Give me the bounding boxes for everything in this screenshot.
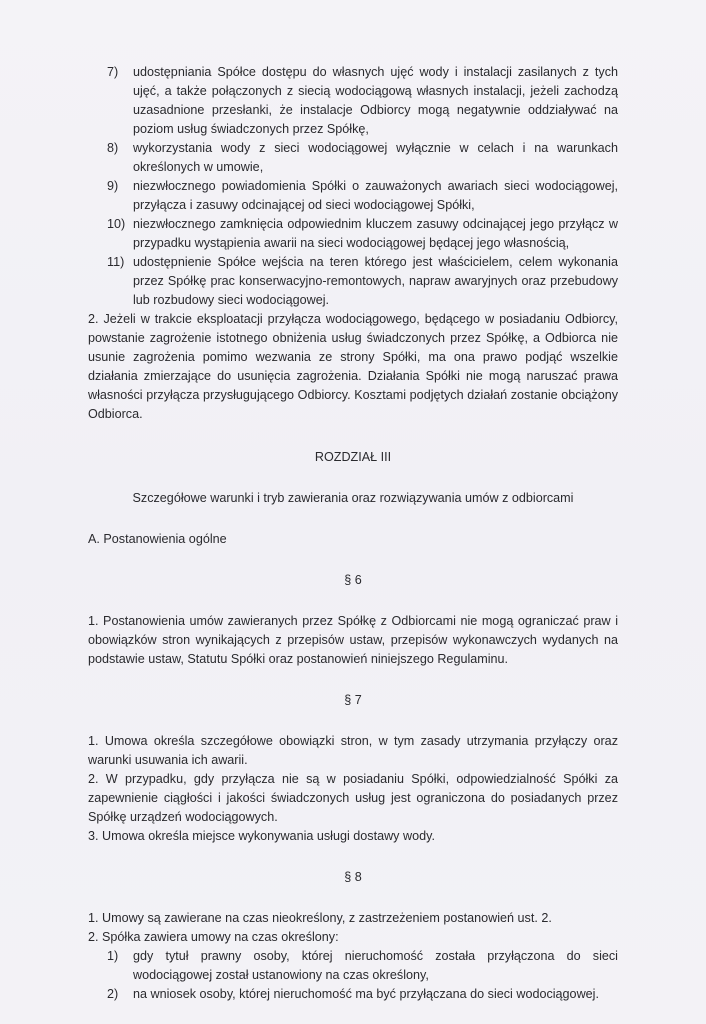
- chapter-title: ROZDZIAŁ III: [88, 448, 618, 467]
- section-sign-8: § 8: [88, 868, 618, 887]
- list-item-text: na wniosek osoby, której nieruchomość ma…: [133, 987, 599, 1001]
- section-6-paragraph-1: 1. Postanowienia umów zawieranych przez …: [88, 612, 618, 669]
- list-item: 7)udostępniania Spółce dostępu do własny…: [88, 63, 618, 139]
- list-item-number: 7): [107, 63, 118, 82]
- list-item-text: udostępniania Spółce dostępu do własnych…: [133, 65, 618, 136]
- paragraph-2: 2. Jeżeli w trakcie eksploatacji przyłąc…: [88, 310, 618, 424]
- list-item-text: udostępnienie Spółce wejścia na teren kt…: [133, 255, 618, 307]
- scanned-document-page: 7)udostępniania Spółce dostępu do własny…: [0, 0, 706, 1024]
- list-item: 11)udostępnienie Spółce wejścia na teren…: [88, 253, 618, 310]
- list-item-number: 1): [107, 947, 118, 966]
- list-item-text: niezwłocznego powiadomienia Spółki o zau…: [133, 179, 618, 212]
- obligations-list: 7)udostępniania Spółce dostępu do własny…: [88, 63, 618, 310]
- list-item: 10)niezwłocznego zamknięcia odpowiednim …: [88, 215, 618, 253]
- section-7-paragraph-1: 1. Umowa określa szczegółowe obowiązki s…: [88, 732, 618, 770]
- document-body: 7)udostępniania Spółce dostępu do własny…: [88, 63, 618, 1004]
- list-item-text: gdy tytuł prawny osoby, której nieruchom…: [133, 949, 618, 982]
- list-item-text: wykorzystania wody z sieci wodociągowej …: [133, 141, 618, 174]
- section-7-paragraph-2: 2. W przypadku, gdy przyłącza nie są w p…: [88, 770, 618, 827]
- list-item-number: 9): [107, 177, 118, 196]
- section-sign-7: § 7: [88, 691, 618, 710]
- section-a-heading: A. Postanowienia ogólne: [88, 530, 618, 549]
- section-8-sub-list: 1)gdy tytuł prawny osoby, której nieruch…: [88, 947, 618, 1004]
- list-item-number: 8): [107, 139, 118, 158]
- list-item-number: 2): [107, 985, 118, 1004]
- list-item-number: 11): [107, 253, 124, 272]
- list-item-text: niezwłocznego zamknięcia odpowiednim klu…: [133, 217, 618, 250]
- list-item-number: 10): [107, 215, 125, 234]
- chapter-subtitle: Szczegółowe warunki i tryb zawierania or…: [88, 489, 618, 508]
- section-sign-6: § 6: [88, 571, 618, 590]
- list-item: 9)niezwłocznego powiadomienia Spółki o z…: [88, 177, 618, 215]
- list-item: 1)gdy tytuł prawny osoby, której nieruch…: [88, 947, 618, 985]
- section-7-paragraph-3: 3. Umowa określa miejsce wykonywania usł…: [88, 827, 618, 846]
- list-item: 8)wykorzystania wody z sieci wodociągowe…: [88, 139, 618, 177]
- section-8-paragraph-2: 2. Spółka zawiera umowy na czas określon…: [88, 928, 618, 947]
- list-item: 2)na wniosek osoby, której nieruchomość …: [88, 985, 618, 1004]
- section-8-paragraph-1: 1. Umowy są zawierane na czas nieokreślo…: [88, 909, 618, 928]
